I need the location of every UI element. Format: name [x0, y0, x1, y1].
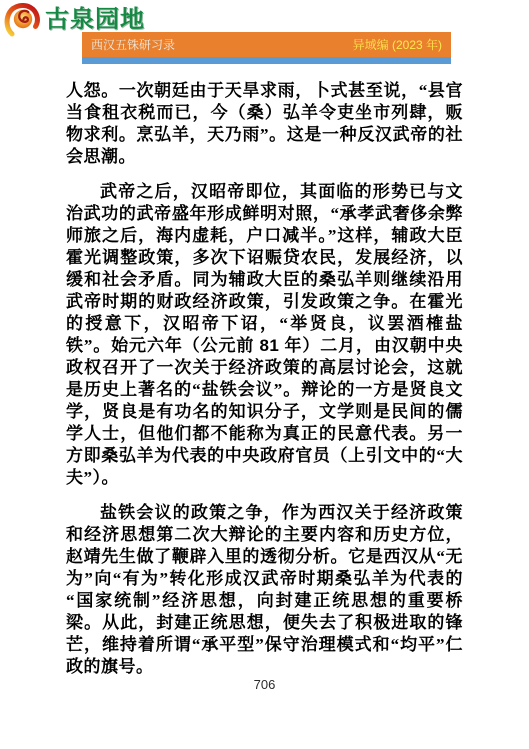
year-number: 81 — [259, 336, 279, 355]
book-title: 西汉五铢研习录 — [91, 36, 175, 53]
body-paragraph-1: 人怨。一次朝廷由于天旱求雨，卜式甚至说，“县官当食租衣税而已，今（桑）弘羊令吏坐… — [66, 80, 463, 168]
header-bars: 西汉五铢研习录 异域编 (2023 年) — [82, 32, 451, 64]
edition-label: 异域编 (2023 年) — [353, 36, 442, 53]
paragraph-text: 人怨。一次朝廷由于天旱求雨，卜式甚至说，“县官当食租衣税而已，今（桑）弘羊令吏坐… — [66, 81, 463, 166]
document-page: 古泉园地 西汉五铢研习录 异域编 (2023 年) 人怨。一次朝廷由于天旱求雨，… — [0, 0, 529, 749]
accent-bar — [82, 57, 451, 64]
page-number: 706 — [0, 677, 529, 692]
paragraph-text: 盐铁会议的政策之争，作为西汉关于经济政策和经济思想第二次大辩论的主要内容和历史方… — [66, 503, 463, 676]
body-paragraph-2: 武帝之后，汉昭帝即位，其面临的形势已与文治武功的武帝盛年形成鲜明对照，“承孝武奢… — [66, 181, 463, 489]
page-body: 人怨。一次朝廷由于天旱求雨，卜式甚至说，“县官当食租衣税而已，今（桑）弘羊令吏坐… — [66, 80, 463, 691]
title-bar: 西汉五铢研习录 异域编 (2023 年) — [82, 32, 451, 57]
site-logo-text: 古泉园地 — [45, 8, 145, 32]
paragraph-text: 年）二月，由汉朝中央政权召开了一次关于经济政策的高层讨论会，这就是历史上著名的“… — [66, 336, 463, 487]
coin-swirl-icon — [4, 3, 42, 37]
paragraph-text: 武帝之后，汉昭帝即位，其面临的形势已与文治武功的武帝盛年形成鲜明对照，“承孝武奢… — [66, 182, 463, 355]
body-paragraph-3: 盐铁会议的政策之争，作为西汉关于经济政策和经济思想第二次大辩论的主要内容和历史方… — [66, 502, 463, 678]
